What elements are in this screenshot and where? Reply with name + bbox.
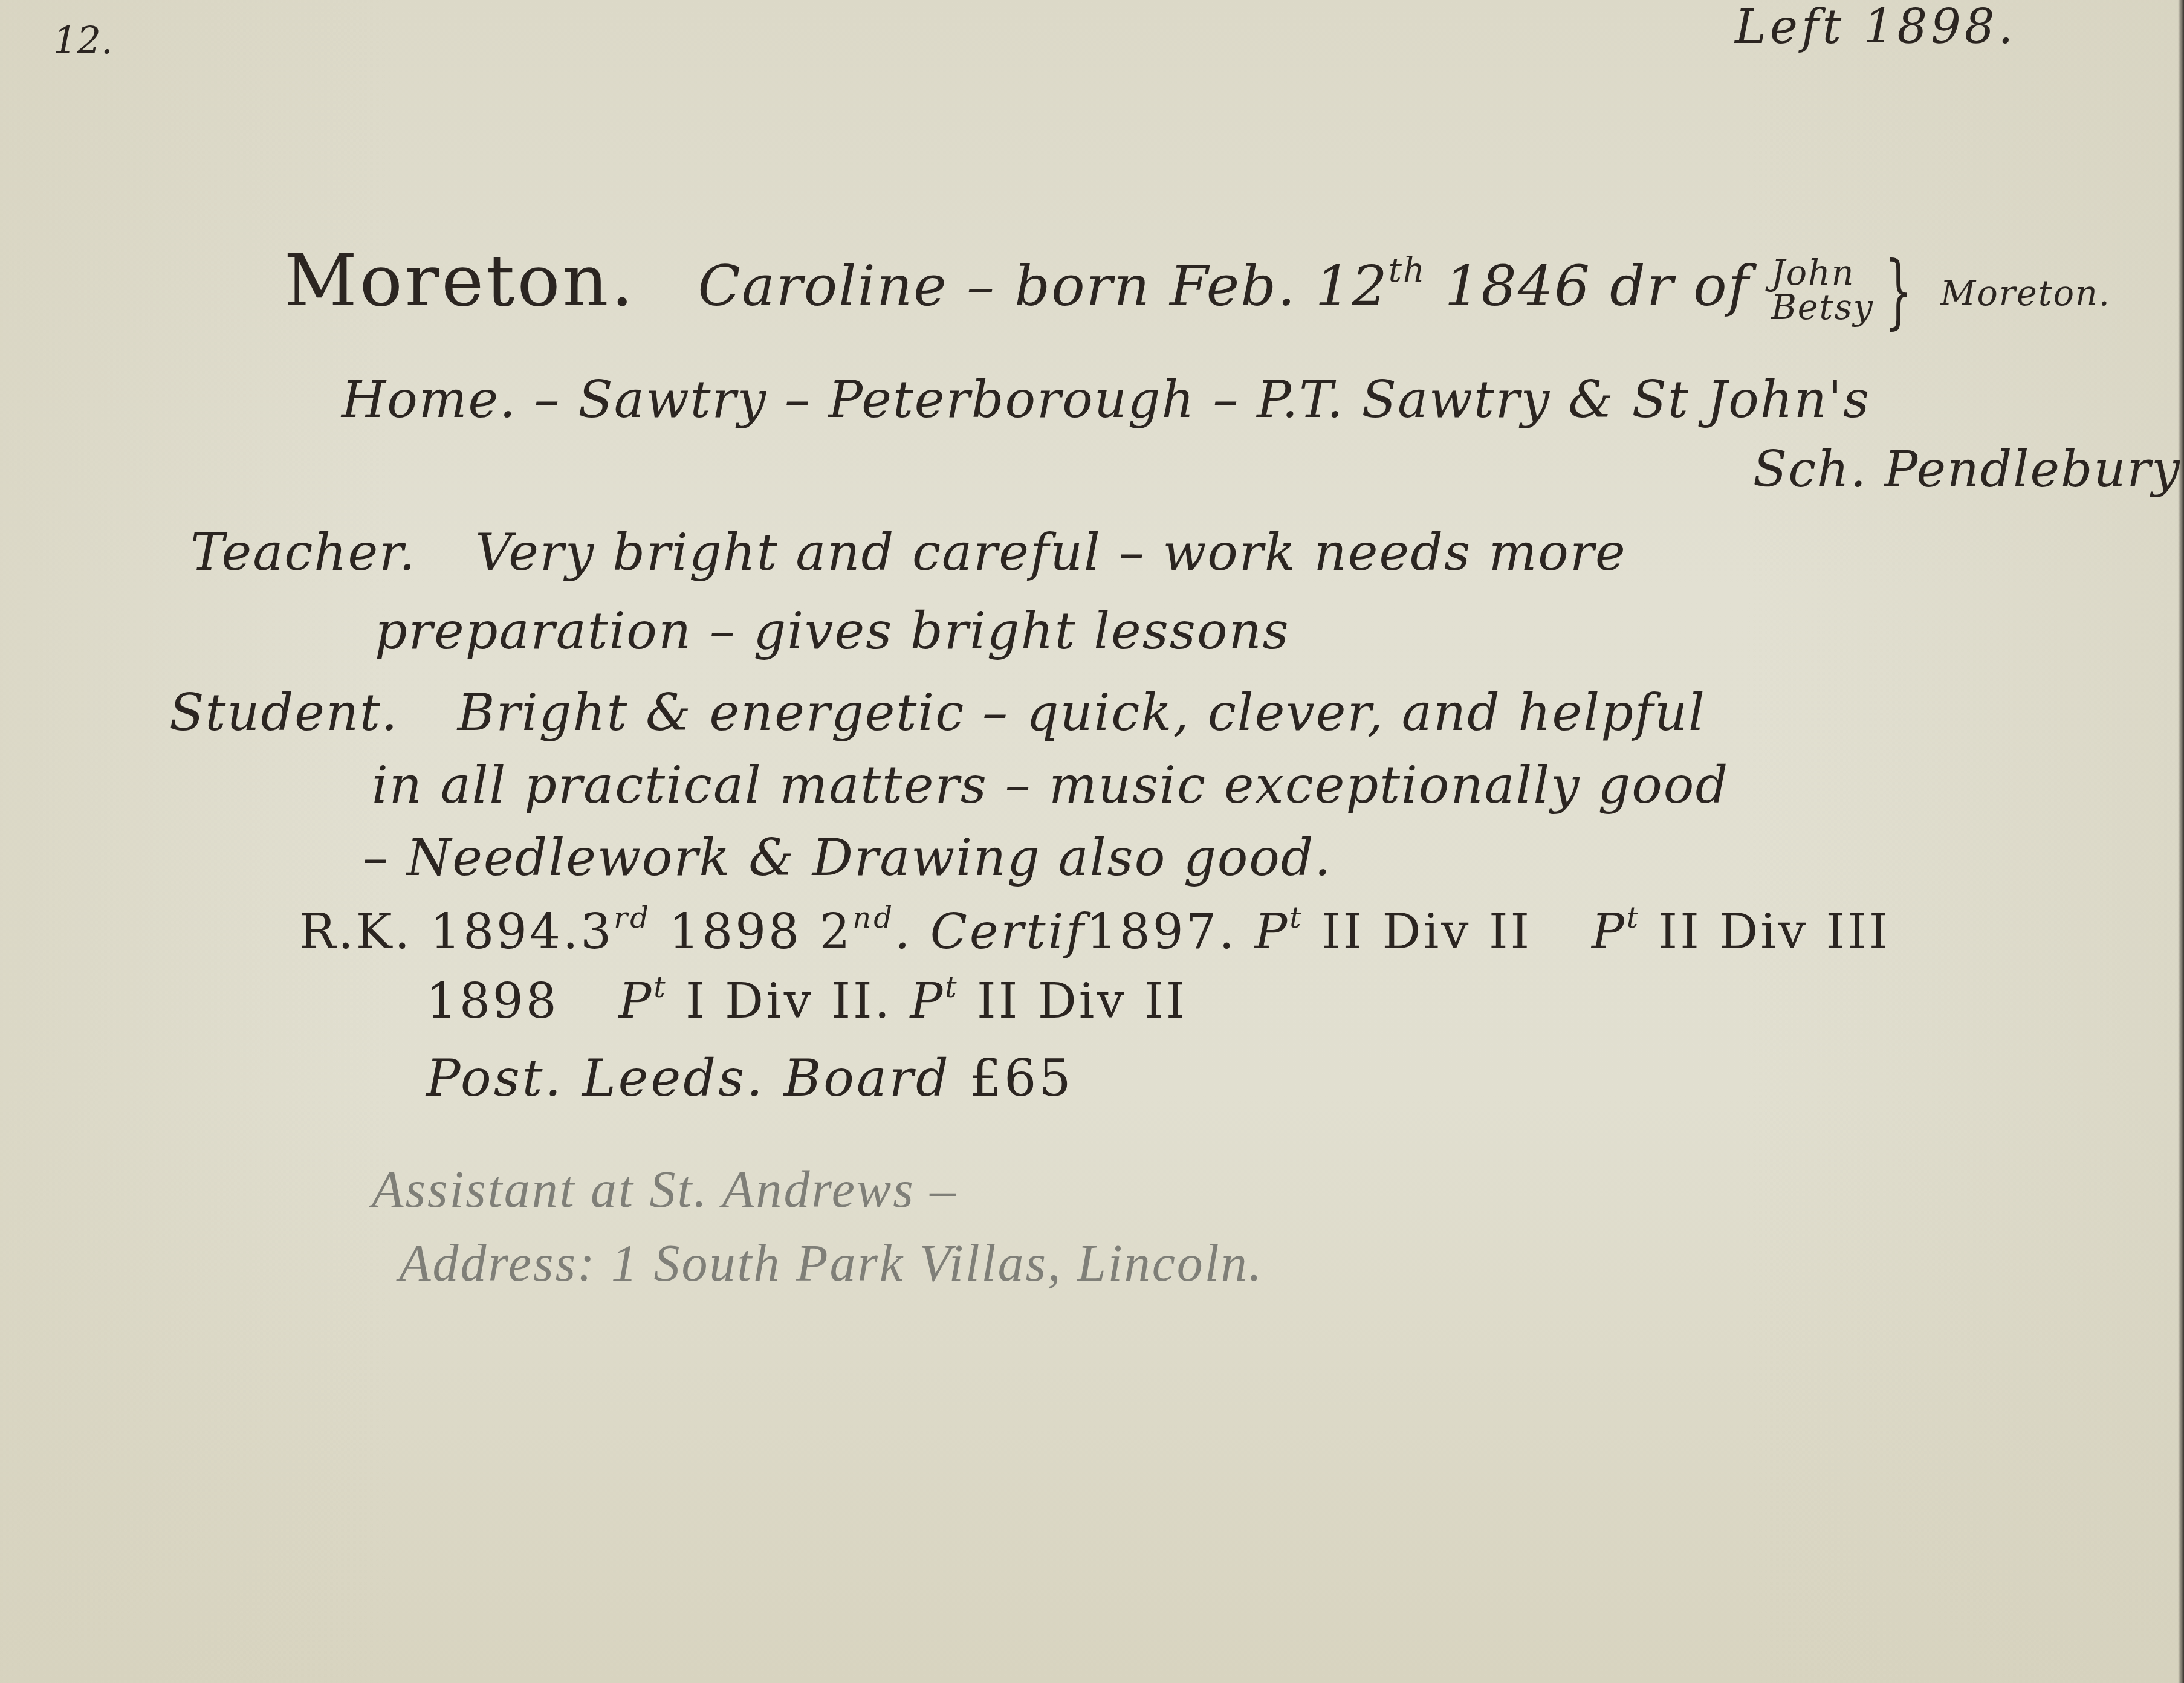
born-date: Feb. 12th	[1170, 254, 1425, 318]
post-label: Post.	[426, 1048, 563, 1108]
left-year-note: Left 1898.	[1735, 0, 2017, 54]
student-line-3: – Needlework & Drawing also good.	[363, 828, 1332, 887]
parents-surname: Moreton.	[1940, 274, 2111, 314]
teacher-label: Teacher.	[190, 523, 416, 582]
post-line: Post. Leeds. Board £65	[426, 1048, 1074, 1108]
page-edge	[2178, 0, 2184, 1683]
home-line: Home. – Sawtry – Peterborough – P.T. Saw…	[342, 370, 1870, 429]
daughter-of-label: dr of	[1610, 254, 1750, 318]
post-place: Leeds.	[582, 1048, 765, 1108]
pencil-note-2: Address: 1 South Park Villas, Lincoln.	[399, 1233, 1263, 1293]
post-board: Board	[783, 1048, 950, 1108]
born-year: 1846	[1445, 254, 1591, 318]
forename: Caroline	[698, 254, 948, 318]
brace-icon: }	[1885, 244, 1914, 338]
name-line: Moreton. Caroline – born Feb. 12th 1846 …	[284, 239, 2111, 338]
pencil-note-1: Assistant at St. Andrews –	[372, 1159, 958, 1219]
teacher-line-1: Teacher. Very bright and careful – work …	[190, 523, 1627, 582]
results-line-2: 1898 Pt I Div II. Pt II Div II	[426, 973, 1187, 1029]
surname: Moreton.	[284, 239, 636, 322]
student-line-1: Student. Bright & energetic – quick, cle…	[169, 683, 1706, 742]
student-line-2: in all practical matters – music excepti…	[372, 755, 1729, 815]
parents: John Betsy	[1771, 256, 1874, 325]
results-line-1: R.K. 1894.3rd 1898 2nd. Certif1897. Pt I…	[299, 903, 1890, 960]
student-label: Student.	[169, 683, 398, 742]
register-page: 12. Left 1898. Moreton. Caroline – born …	[0, 0, 2184, 1683]
teacher-line-2: preparation – gives bright lessons	[375, 601, 1290, 661]
home-line-cont: Sch. Pendlebury	[1753, 441, 2181, 499]
post-salary: £65	[969, 1048, 1073, 1108]
page-number: 12.	[53, 18, 113, 62]
born-label: born	[1014, 254, 1151, 318]
